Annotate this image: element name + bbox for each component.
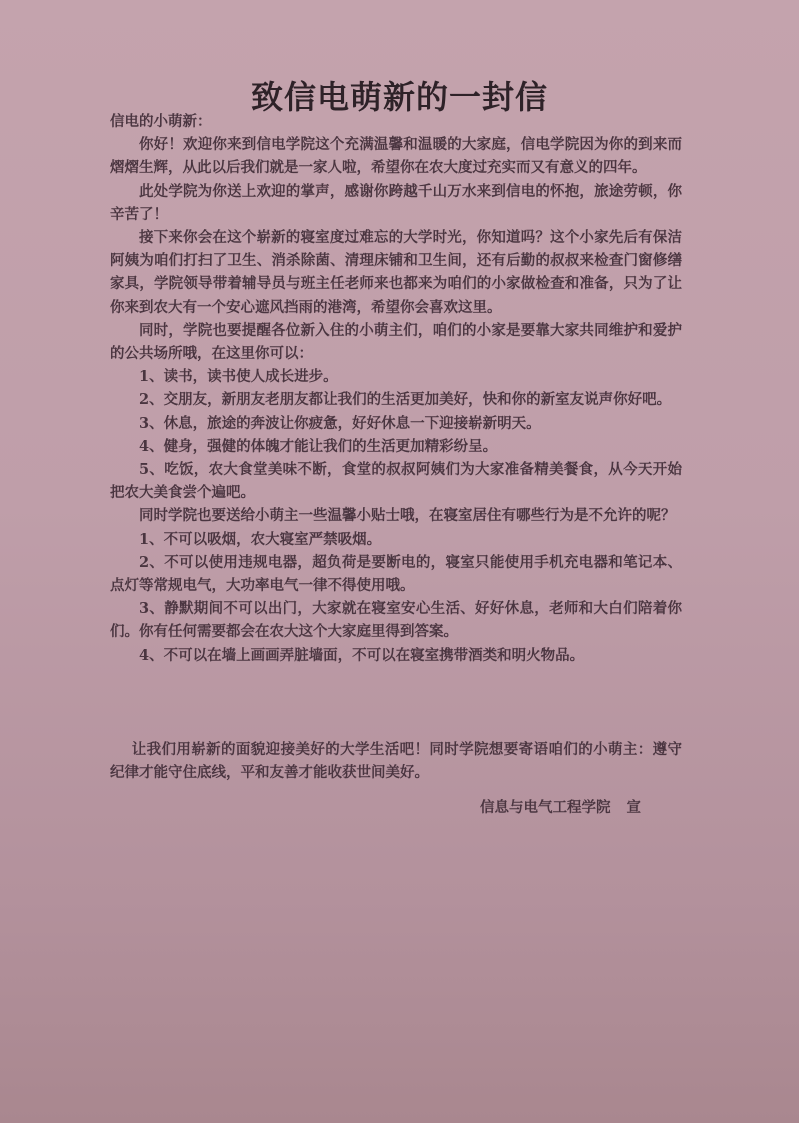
list-item-cannot-2: 2、不可以使用违规电器，超负荷是要断电的，寝室只能使用手机充电器和笔记本、点灯等…: [110, 551, 682, 597]
closing-paragraph: 让我们用崭新的面貌迎接美好的大学生活吧！同时学院想要寄语咱们的小萌主：遵守纪律才…: [110, 738, 682, 784]
signature: 信息与电气工程学院宣: [480, 796, 641, 817]
list-item-can-5: 5、吃饭，农大食堂美味不断，食堂的叔叔阿姨们为大家准备精美餐食，从今天开始把农大…: [110, 458, 682, 504]
paragraph-dorm-intro: 接下来你会在这个崭新的寝室度过难忘的大学时光，你知道吗？这个小家先后有保洁阿姨为…: [110, 226, 682, 319]
list-item-cannot-1: 1、不可以吸烟，农大寝室严禁吸烟。: [110, 528, 682, 551]
letter-closing: 让我们用崭新的面貌迎接美好的大学生活吧！同时学院想要寄语咱们的小萌主：遵守纪律才…: [110, 738, 682, 784]
list-item-can-2: 2、交朋友，新朋友老朋友都让我们的生活更加美好，快和你的新室友说声你好吧。: [110, 388, 682, 411]
list-item-can-3: 3、休息，旅途的奔波让你疲惫，好好休息一下迎接崭新明天。: [110, 412, 682, 435]
list-item-can-1: 1、读书，读书使人成长进步。: [110, 365, 682, 388]
salutation: 信电的小萌新：: [110, 110, 682, 133]
signature-suffix: 宣: [627, 799, 642, 816]
letter-page: 致信电萌新的一封信 信电的小萌新： 你好！欢迎你来到信电学院这个充满温馨和温暖的…: [0, 0, 799, 1123]
paragraph-thanks: 此处学院为你送上欢迎的掌声，感谢你跨越千山万水来到信电的怀抱，旅途劳顿，你辛苦了…: [110, 180, 682, 226]
paragraph-tips-intro: 同时学院也要送给小萌主一些温馨小贴士哦，在寝室居住有哪些行为是不允许的呢？: [110, 504, 682, 527]
paragraph-reminder: 同时，学院也要提醒各位新入住的小萌主们，咱们的小家是要靠大家共同维护和爱护的公共…: [110, 319, 682, 365]
list-item-can-4: 4、健身，强健的体魄才能让我们的生活更加精彩纷呈。: [110, 435, 682, 458]
paragraph-welcome: 你好！欢迎你来到信电学院这个充满温馨和温暖的大家庭，信电学院因为你的到来而熠熠生…: [110, 133, 682, 179]
signature-org: 信息与电气工程学院: [480, 799, 611, 816]
list-item-cannot-4: 4、不可以在墙上画画弄脏墙面，不可以在寝室携带酒类和明火物品。: [110, 644, 682, 667]
list-item-cannot-3: 3、静默期间不可以出门，大家就在寝室安心生活、好好休息，老师和大白们陪着你们。你…: [110, 597, 682, 643]
letter-body: 信电的小萌新： 你好！欢迎你来到信电学院这个充满温馨和温暖的大家庭，信电学院因为…: [110, 110, 682, 667]
